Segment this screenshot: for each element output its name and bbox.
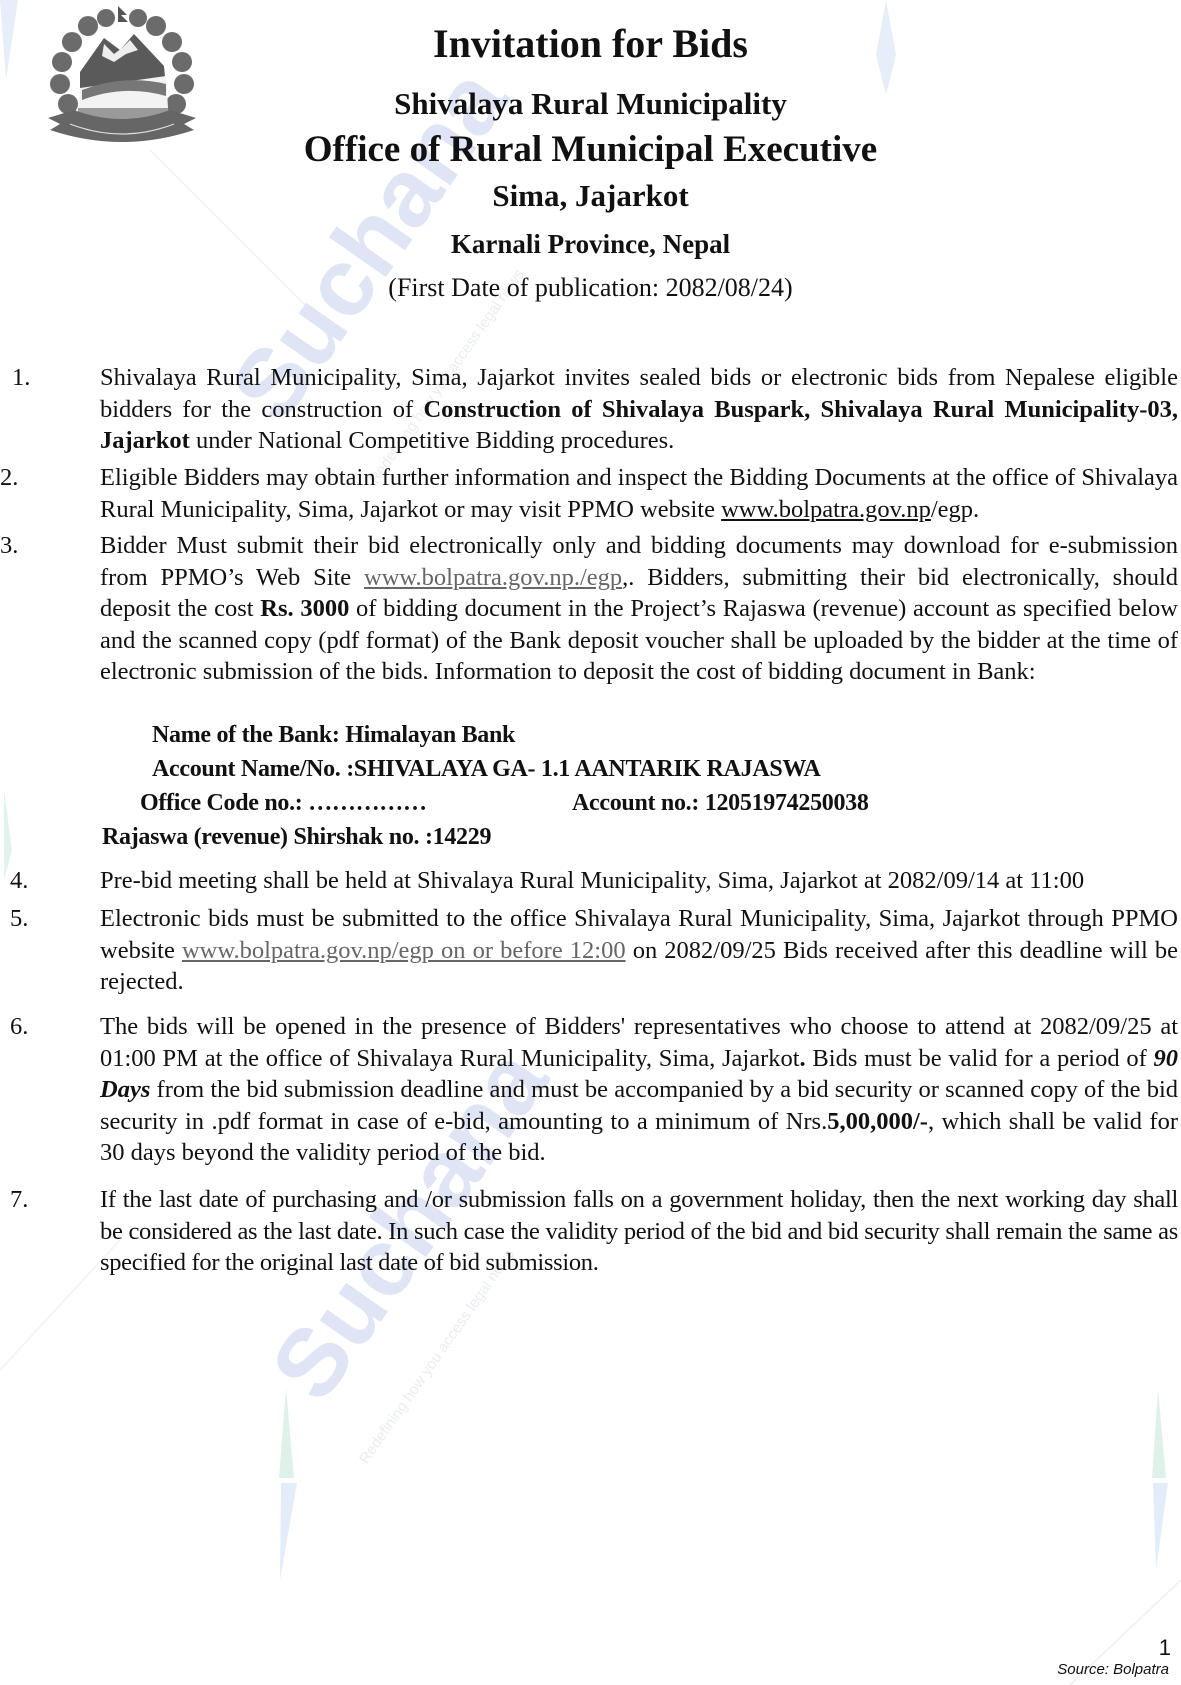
item-text: Pre-bid meeting shall be held at Shivala… — [100, 865, 1178, 897]
item-text: The bids will be opened in the presence … — [100, 1011, 1178, 1169]
item-text: Bidder Must submit their bid electronica… — [100, 530, 1178, 688]
item-number: 2. — [0, 462, 18, 494]
document-title: Invitation for Bids — [0, 20, 1181, 67]
office-code: Office Code no.: …………… — [140, 790, 427, 817]
revenue-shirshak: Rajaswa (revenue) Shirshak no. :14229 — [102, 824, 491, 851]
item-text: If the last date of purchasing and /or s… — [100, 1184, 1178, 1279]
bank-name: Name of the Bank: Himalayan Bank — [152, 722, 515, 749]
location: Sima, Jajarkot — [0, 178, 1181, 214]
submission-link[interactable]: www.bolpatra.gov.np/egp on or before 12:… — [182, 937, 626, 964]
page-number: 1 — [1159, 1635, 1171, 1661]
document-cost: Rs. 3000 — [260, 595, 349, 622]
item-text: Shivalaya Rural Municipality, Sima, Jaja… — [100, 362, 1178, 457]
item-text: Eligible Bidders may obtain further info… — [100, 462, 1178, 525]
publication-date: (First Date of publication: 2082/08/24) — [0, 273, 1181, 303]
item-number: 4. — [10, 865, 28, 897]
source-credit: Source: Bolpatra — [1057, 1661, 1169, 1678]
province: Karnali Province, Nepal — [0, 229, 1181, 260]
municipality-name: Shivalaya Rural Municipality — [0, 86, 1181, 122]
item-number: 7. — [10, 1184, 28, 1216]
account-name: Account Name/No. :SHIVALAYA GA- 1.1 AANT… — [152, 756, 820, 783]
bolpatra-link[interactable]: www.bolpatra.gov.np — [721, 496, 931, 523]
bolpatra-egp-link[interactable]: www.bolpatra.gov.np./egp — [364, 564, 622, 591]
item-number: 5. — [10, 903, 28, 935]
item-number: 3. — [0, 530, 18, 562]
bid-security-amount: 5,00,000/- — [827, 1108, 928, 1135]
account-number: Account no.: 12051974250038 — [572, 790, 869, 817]
item-text: Electronic bids must be submitted to the… — [100, 903, 1178, 998]
watermark-tagline: Redefining how you access legal news — [356, 1246, 518, 1467]
item-number: 6. — [10, 1011, 28, 1043]
office-name: Office of Rural Municipal Executive — [0, 128, 1181, 171]
item-number: 1. — [12, 362, 30, 394]
